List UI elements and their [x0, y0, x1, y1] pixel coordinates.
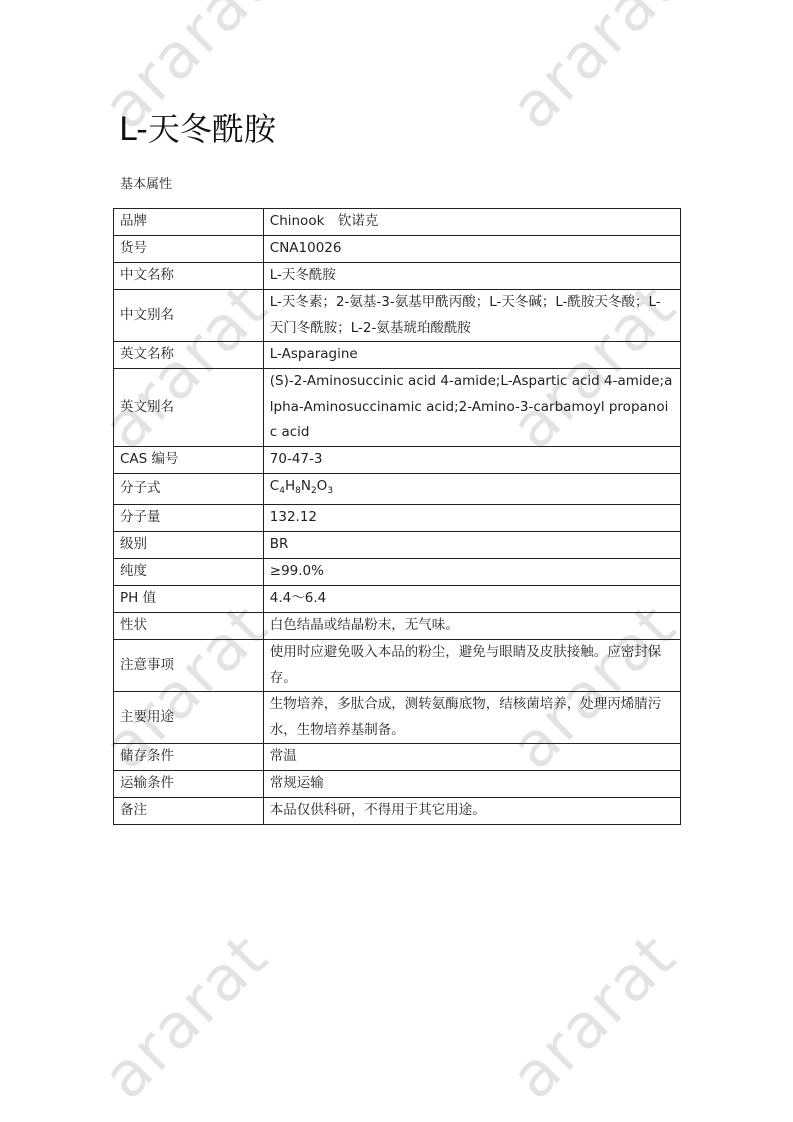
property-key: 品牌	[114, 209, 264, 236]
property-value: 使用时应避免吸入本品的粉尘，避免与眼睛及皮肤接触。应密封保存。	[263, 640, 680, 692]
table-row: 储存条件 常温	[114, 744, 681, 771]
property-key: CAS 编号	[114, 446, 264, 473]
page-title: L-天冬酰胺	[119, 104, 276, 150]
property-value: 70-47-3	[263, 446, 680, 473]
property-key: 分子式	[114, 473, 264, 505]
watermark: ararat	[496, 919, 690, 1113]
property-value: L-Asparagine	[263, 342, 680, 369]
property-key: 纯度	[114, 559, 264, 586]
property-value: Chinook 钦诺克	[263, 209, 680, 236]
property-value: 132.12	[263, 505, 680, 532]
table-row: CAS 编号 70-47-3	[114, 446, 681, 473]
table-row: 分子式 C4H8N2O3	[114, 473, 681, 505]
formula-element: H	[285, 478, 295, 494]
properties-table: 品牌 Chinook 钦诺克 货号 CNA10026 中文名称 L-天冬酰胺 中…	[113, 208, 681, 825]
table-row: 英文名称 L-Asparagine	[114, 342, 681, 369]
section-heading: 基本属性	[120, 173, 172, 192]
property-key: 货号	[114, 236, 264, 263]
table-row: 注意事项 使用时应避免吸入本品的粉尘，避免与眼睛及皮肤接触。应密封保存。	[114, 640, 681, 692]
property-value: 4.4～6.4	[263, 586, 680, 613]
table-row: 运输条件 常规运输	[114, 771, 681, 798]
property-key: 性状	[114, 613, 264, 640]
formula-element: N	[301, 478, 311, 494]
table-row: 中文别名 L-天冬素；2-氨基-3-氨基甲酰丙酸；L-天冬碱；L-酰胺天冬酸；L…	[114, 290, 681, 342]
property-key: 储存条件	[114, 744, 264, 771]
property-key: 中文别名	[114, 290, 264, 342]
property-value: BR	[263, 532, 680, 559]
property-key: 运输条件	[114, 771, 264, 798]
property-value: (S)-2-Aminosuccinic acid 4-amide;L-Aspar…	[263, 369, 680, 447]
watermark: ararat	[88, 919, 282, 1113]
property-key: 分子量	[114, 505, 264, 532]
property-value: CNA10026	[263, 236, 680, 263]
property-key: 主要用途	[114, 692, 264, 744]
property-value: 常规运输	[263, 771, 680, 798]
property-value: 常温	[263, 744, 680, 771]
property-key: 英文名称	[114, 342, 264, 369]
table-row: 主要用途 生物培养，多肽合成，测转氨酶底物，结核菌培养，处理丙烯腈污水，生物培养…	[114, 692, 681, 744]
property-value: L-天冬素；2-氨基-3-氨基甲酰丙酸；L-天冬碱；L-酰胺天冬酸；L-天门冬酰…	[263, 290, 680, 342]
property-value: L-天冬酰胺	[263, 263, 680, 290]
table-row: 备注 本品仅供科研，不得用于其它用途。	[114, 798, 681, 825]
table-row: 纯度 ≥99.0%	[114, 559, 681, 586]
watermark: ararat	[496, 0, 690, 143]
formula-element: C	[270, 478, 279, 494]
property-value: 本品仅供科研，不得用于其它用途。	[263, 798, 680, 825]
property-key: 中文名称	[114, 263, 264, 290]
property-key: PH 值	[114, 586, 264, 613]
table-row: 品牌 Chinook 钦诺克	[114, 209, 681, 236]
table-row: 性状 白色结晶或结晶粉末，无气味。	[114, 613, 681, 640]
property-key: 注意事项	[114, 640, 264, 692]
table-row: PH 值 4.4～6.4	[114, 586, 681, 613]
formula-subscript: 3	[327, 486, 333, 496]
property-key: 级别	[114, 532, 264, 559]
property-key: 英文别名	[114, 369, 264, 447]
table-row: 英文别名 (S)-2-Aminosuccinic acid 4-amide;L-…	[114, 369, 681, 447]
formula-element: O	[317, 478, 328, 494]
property-value: ≥99.0%	[263, 559, 680, 586]
property-value: 生物培养，多肽合成，测转氨酶底物，结核菌培养，处理丙烯腈污水，生物培养基制备。	[263, 692, 680, 744]
molecular-formula: C4H8N2O3	[263, 473, 680, 505]
table-row: 分子量 132.12	[114, 505, 681, 532]
table-row: 货号 CNA10026	[114, 236, 681, 263]
property-value: 白色结晶或结晶粉末，无气味。	[263, 613, 680, 640]
table-row: 级别 BR	[114, 532, 681, 559]
property-key: 备注	[114, 798, 264, 825]
table-row: 中文名称 L-天冬酰胺	[114, 263, 681, 290]
